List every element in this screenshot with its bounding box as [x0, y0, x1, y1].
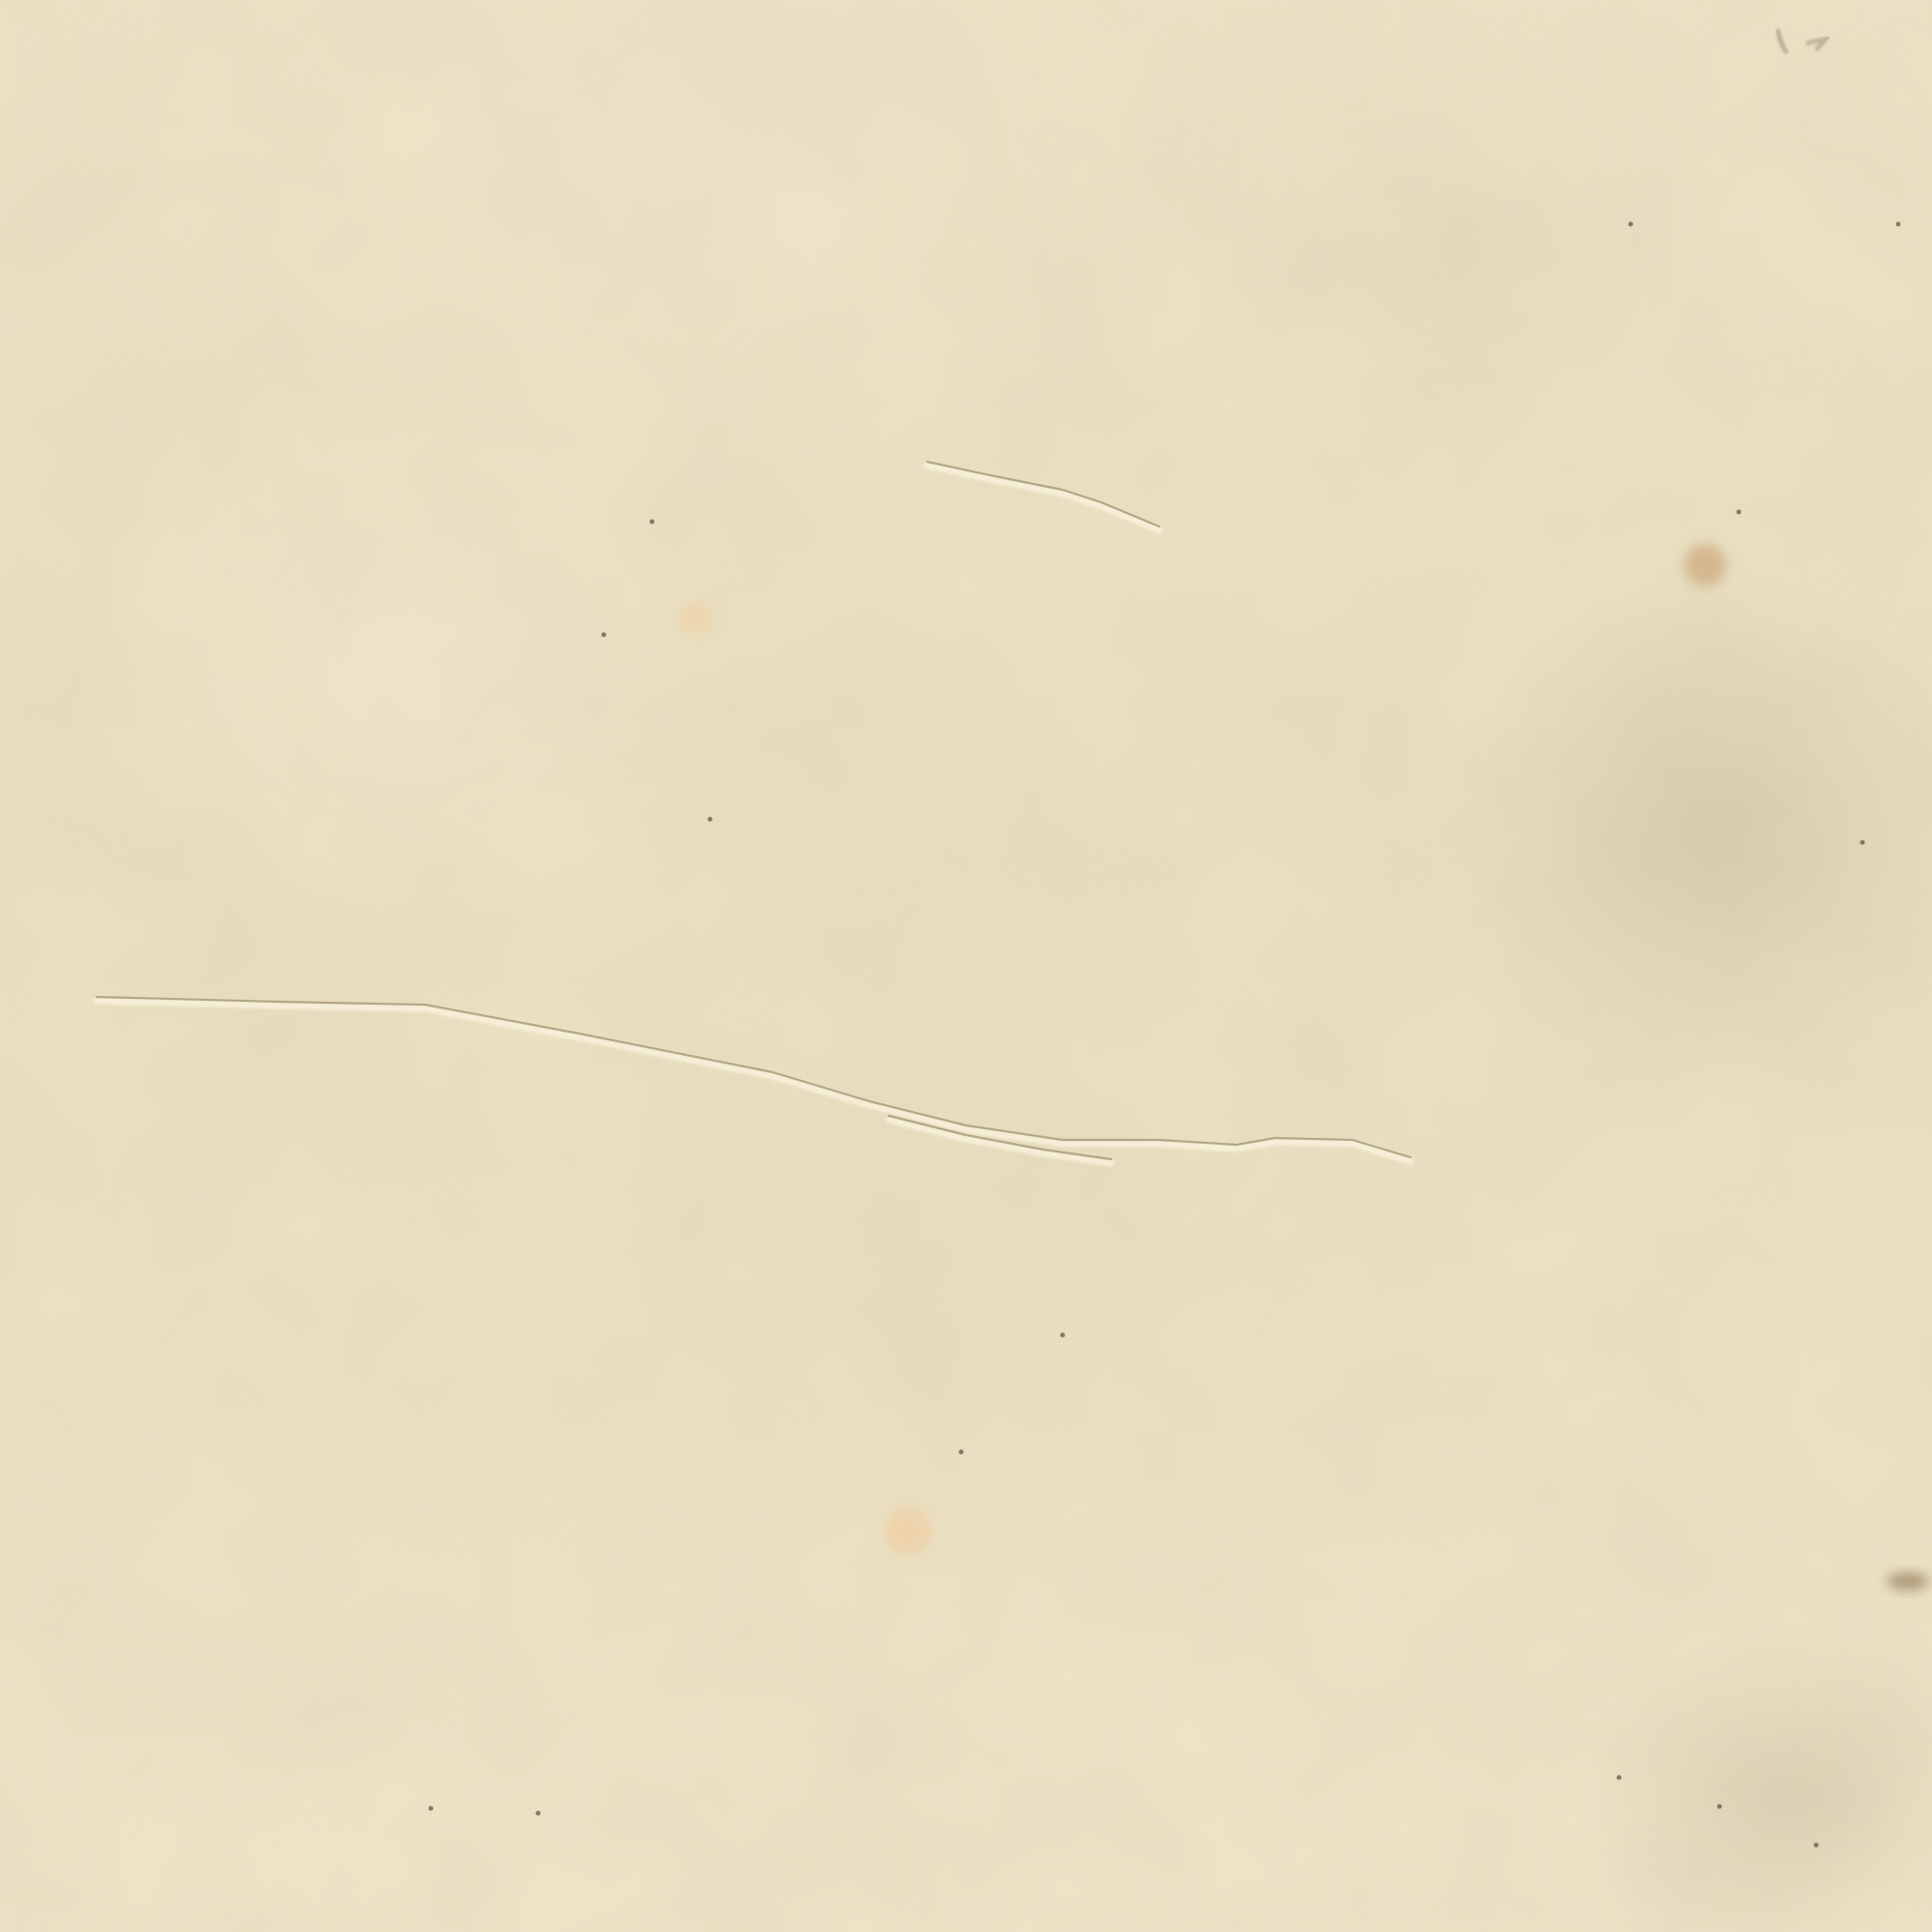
- ink-speck: [959, 1450, 964, 1455]
- ink-speck: [536, 1811, 541, 1816]
- ink-speck: [1896, 222, 1901, 227]
- ink-speck: [1737, 510, 1742, 515]
- ink-speck: [1629, 222, 1634, 227]
- ink-speck: [429, 1806, 434, 1811]
- ink-speck: [1617, 1776, 1622, 1780]
- ink-speck: [1061, 1333, 1065, 1338]
- faint-orange-stain-left: [678, 601, 713, 636]
- ink-speck: [708, 817, 713, 822]
- brown-stain-bottom-right: [1887, 1573, 1929, 1590]
- ink-speck: [1861, 840, 1865, 845]
- ink-speck: [650, 520, 655, 525]
- rust-stain-right: [1684, 544, 1726, 586]
- ink-speck: [602, 633, 607, 638]
- grain-layer: [0, 0, 1932, 1932]
- ink-speck: [1814, 1843, 1819, 1848]
- paper-marks-layer: [0, 0, 1932, 1932]
- faint-orange-stain-bottom: [884, 1507, 932, 1555]
- ink-speck: [1718, 1804, 1722, 1809]
- parchment-paper-texture: [0, 0, 1932, 1932]
